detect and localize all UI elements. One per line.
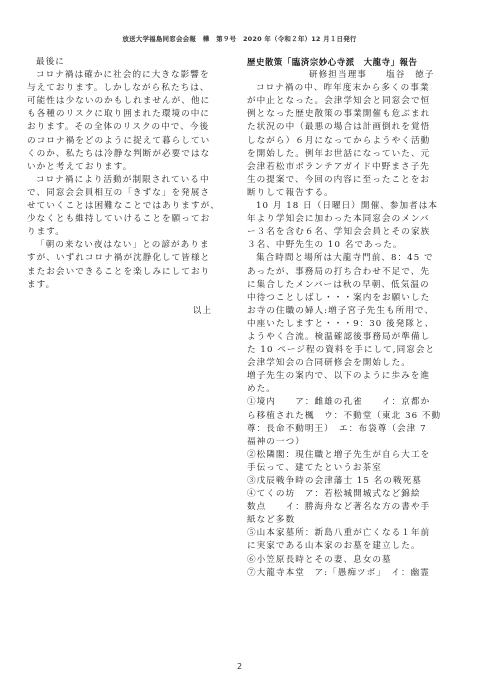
right-column: 歴史散策「臨済宗妙心寺派 大龍寺」報告 研修担当理事 塩谷 徳子 コロナ禍の中、…	[247, 56, 455, 580]
text-line: で、同窓会会員相互の「きずな」を発展さ	[27, 187, 232, 200]
left-column: 最後に コロナ禍は確かに社会的に大きな影響を与えております。しかしながら私たちは…	[27, 56, 232, 318]
text-line: のコロナ禍をどのように捉えて暮らしてい	[27, 135, 232, 148]
text-line: ②松隣閣：現住職と増子先生が自ら大工を	[247, 449, 455, 462]
text-line: 例となった歴史散策の事業開催も危ぶまれ	[247, 108, 455, 121]
left-paragraphs: コロナ禍は確かに社会的に大きな影響を与えております。しかしながら私たちは、可能性…	[27, 69, 232, 292]
text-line: ３名、中野先生の 10 名であった。	[247, 239, 455, 252]
text-line: コロナ禍の中、昨年度末から多くの事業	[247, 82, 455, 95]
text-line: 会津若松市ボランテアガイド中野まさ子先	[247, 161, 455, 174]
text-line: を開始した。例年お世話になっていた、元	[247, 148, 455, 161]
text-line: あったが、事務局の打ち合わせ不足で、先	[247, 266, 455, 279]
text-line: 少なくとも維持していけることを願ってお	[27, 213, 232, 226]
text-line: に実家である山本家のお墓を建立した。	[247, 540, 455, 553]
text-line: ます。	[27, 279, 232, 292]
text-line: コロナ禍は確かに社会的に大きな影響を	[27, 69, 232, 82]
text-line: 会津学知会の合同研修会を開始した。	[247, 357, 455, 370]
text-line: が中止となった。会津学知会と同窓会で恒	[247, 95, 455, 108]
text-line: た状況の中（最悪の場合は計画倒れを覚悟	[247, 121, 455, 134]
text-line: すが、いずれコロナ禍が沈静化して皆様と	[27, 252, 232, 265]
text-line: コロナ禍により活動が制限されている中	[27, 174, 232, 187]
text-line: またお会いできることを楽しみにしており	[27, 266, 232, 279]
text-line: 福神の一つ）	[247, 436, 455, 449]
article-author: 研修担当理事 塩谷 徳子	[247, 69, 455, 82]
text-line: 可能性は少ないのかもしれませんが、他に	[27, 95, 232, 108]
text-line: 中座いたしますと・・・9：30 後発隊と、	[247, 318, 455, 331]
text-line: お寺の住職の婦人:増子宮子先生も所用で、	[247, 305, 455, 318]
text-line: めた。	[247, 383, 455, 396]
text-line: おります。その全体のリスクの中で、今後	[27, 121, 232, 134]
text-line: 数点 イ：勝海舟など著名な方の書や手	[247, 501, 455, 514]
article-body: コロナ禍の中、昨年度末から多くの事業が中止となった。会津学知会と同窓会で恒例とな…	[247, 82, 455, 580]
text-line: ①境内 ア：雌雄の孔雀 イ：京都か	[247, 396, 455, 409]
text-line: 断りして報告する。	[247, 187, 455, 200]
closing-text: 以上	[27, 305, 232, 318]
text-line: ③戊辰戦争時の会津藩士 15 名の戦死墓	[247, 475, 455, 488]
text-line: ⑤山本家墓所：新島八重が亡くなる１年前	[247, 527, 455, 540]
newsletter-header: 放送大学福島同窓会会報 樺 第９号 2020 年（令和２年）12 月１日発行	[0, 34, 479, 43]
text-line: ④てくの坊 ア：若松城開城式など錦絵	[247, 488, 455, 501]
article-title: 歴史散策「臨済宗妙心寺派 大龍寺」報告	[247, 56, 455, 69]
text-line: いかと考えております。	[27, 161, 232, 174]
text-line: 与えております。しかしながら私たちは、	[27, 82, 232, 95]
text-line: しながら）６月になってからようやく活動	[247, 135, 455, 148]
text-line: ⑦大龍寺本堂 ア:「愚痴ツボ」 イ：幽霊	[247, 567, 455, 580]
text-line: ⑥小笠原長時とその妻、息女の墓	[247, 554, 455, 567]
text-line: ようやく合流。検温確認後事務局が準備し	[247, 331, 455, 344]
text-line: 手伝って、建てたというお茶室	[247, 462, 455, 475]
page-number: 2	[0, 662, 479, 671]
text-line: 生の提案で、今回の内容に至ったことをお	[247, 174, 455, 187]
text-line: も各種のリスクに取り囲まれた環境の中に	[27, 108, 232, 121]
text-line: 10 月 18 日（日曜日）開催、参加者は本	[247, 200, 455, 213]
text-line: に集合したメンバーは秋の早朝、低気温の	[247, 279, 455, 292]
text-line: た 10 ページ程の資料を手にして,同窓会と	[247, 344, 455, 357]
text-line: 紙など多数	[247, 514, 455, 527]
text-line: ら移植された楓 ウ：不動堂（東北 36 不動	[247, 410, 455, 423]
text-line: 尊：長命不動明王） エ：布袋尊（会津 7	[247, 423, 455, 436]
text-line: 増子先生の案内で、以下のように歩みを進	[247, 370, 455, 383]
text-line: 「朝の来ない夜はない」との諺がありま	[27, 239, 232, 252]
section-heading: 最後に	[27, 56, 232, 69]
text-line: 集合時間と場所は大龍寺門前、8：45 で	[247, 252, 455, 265]
text-line: ー３名を含む６名、学知会会員とその家族	[247, 226, 455, 239]
text-line: くのか、私たちは冷静な判断が必要ではな	[27, 148, 232, 161]
text-line: せていくことは困難なことではありますが、	[27, 200, 232, 213]
text-line: ります。	[27, 226, 232, 239]
text-line: 中待つことしばし・・・案内をお願いした	[247, 292, 455, 305]
text-line: 年より学知会に加わった本同窓会のメンバ	[247, 213, 455, 226]
